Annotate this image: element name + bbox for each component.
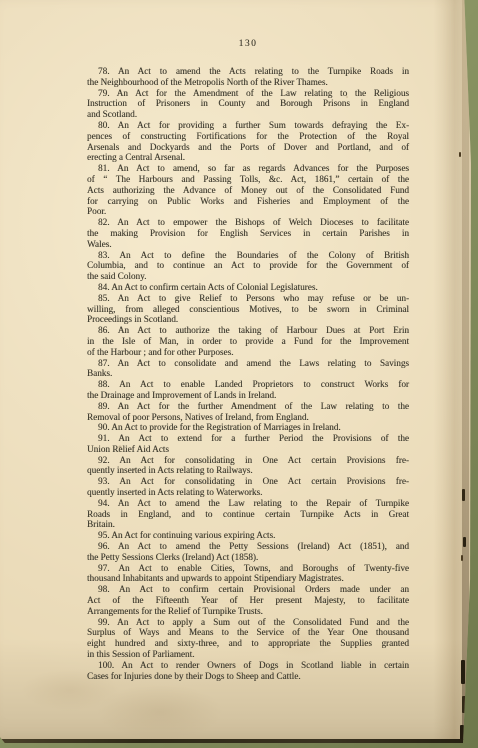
act-line: Columbia, and to continue an Act to prov… [87,260,409,271]
act-line: Proceedings in Scotland. [87,314,409,325]
act-line: in this Session of Parliament. [87,649,409,660]
act-line: of “ The Harbours and Passing Tolls, &c.… [87,174,409,185]
act-line: 94. An Act to amend the Law relating to … [87,498,409,509]
act-line: 96. An Act to amend the Petty Sessions (… [87,541,409,552]
act-entry: 89. An Act for the further Amendment of … [87,401,409,423]
act-entry: 78. An Act to amend the Acts relating to… [87,66,409,88]
act-line: 84. An Act to confirm certain Acts of Co… [87,282,409,293]
act-line: 80. An Act for providing a further Sum t… [87,120,409,131]
act-entry: 99. An Act to apply a Sum out of the Con… [87,617,409,660]
act-line: 92. An Act for consolidating in One Act … [87,455,409,466]
act-line: Acts authorizing the Advance of Money ou… [87,185,409,196]
act-line: Arsenals and Dockyards and the Ports of … [87,142,409,153]
act-entry: 91. An Act to extend for a further Perio… [87,433,409,455]
act-entry: 90. An Act to provide for the Registrati… [87,422,409,433]
act-line: quently inserted in Acts relating to Rai… [87,465,409,476]
act-entry: 80. An Act for providing a further Sum t… [87,120,409,163]
act-entry: 97. An Act to enable Cities, Towns, and … [87,563,409,585]
act-line: 99. An Act to apply a Sum out of the Con… [87,617,409,628]
act-line: the said Colony. [87,271,409,282]
page-edge-mark [462,696,466,713]
act-line: Banks. [87,368,409,379]
act-line: Arrangements for the Relief of Turnpike … [87,606,409,617]
act-line: the Neighbourhood of the Metropolis Nort… [87,77,409,88]
act-entry: 82. An Act to empower the Bishops of Wel… [87,217,409,249]
act-line: 98. An Act to confirm certain Provisiona… [87,584,409,595]
act-entry: 94. An Act to amend the Law relating to … [87,498,409,530]
act-line: of the Harbour ; and for other Purposes. [87,347,409,358]
act-line: eight hundred and sixty-three, and to ap… [87,638,409,649]
act-line: the Petty Sessions Clerks (Ireland) Act … [87,552,409,563]
act-line: the making Provision for English Service… [87,228,409,239]
act-line: 95. An Act for continuing various expiri… [87,530,409,541]
page-bottom-edge [0,739,471,743]
act-line: 100. An Act to render Owners of Dogs in … [87,660,409,671]
page-edge-curl [462,0,469,743]
acts-list: 78. An Act to amend the Acts relating to… [87,66,409,681]
act-line: willing, from alleged conscientious Moti… [87,304,409,315]
act-line: thousand Inhabitants and upwards to appo… [87,573,409,584]
act-entry: 93. An Act for consolidating in One Act … [87,476,409,498]
act-entry: 96. An Act to amend the Petty Sessions (… [87,541,409,563]
act-line: Roads in England, and to continue certai… [87,509,409,520]
act-entry: 100. An Act to render Owners of Dogs in … [87,660,409,682]
act-line: 81. An Act to amend, so far as regards A… [87,163,409,174]
act-entry: 83. An Act to define the Boundaries of t… [87,250,409,282]
act-line: Poor. [87,206,409,217]
act-line: 78. An Act to amend the Acts relating to… [87,66,409,77]
act-line: 87. An Act to consolidate and amend the … [87,358,409,369]
act-line: quently inserted in Acts relating to Wat… [87,487,409,498]
act-line: Britain. [87,519,409,530]
book-page: 130 78. An Act to amend the Acts relatin… [0,0,471,743]
act-line: for carrying on Public Works and Fisheri… [87,196,409,207]
act-line: 91. An Act to extend for a further Perio… [87,433,409,444]
act-line: Removal of poor Persons, Natives of Irel… [87,412,409,423]
act-line: erecting a Central Arsenal. [87,152,409,163]
act-entry: 92. An Act for consolidating in One Act … [87,455,409,477]
act-line: 83. An Act to define the Boundaries of t… [87,250,409,261]
act-line: Union Relief Aid Acts [87,444,409,455]
act-line: 79. An Act for the Amendment of the Law … [87,88,409,99]
act-line: Surplus of Ways and Means to the Service… [87,627,409,638]
act-line: Instruction of Prisoners in County and B… [87,98,409,109]
act-line: the Drainage and Improvement of Lands in… [87,390,409,401]
page-edge-mark [463,537,466,547]
act-entry: 84. An Act to confirm certain Acts of Co… [87,282,409,293]
act-line: 86. An Act to authorize the taking of Ha… [87,325,409,336]
act-line: Wales. [87,239,409,250]
act-entry: 95. An Act for continuing various expiri… [87,530,409,541]
page-edge-mark [460,725,464,740]
act-line: and Scotland. [87,109,409,120]
act-line: Cases for Injuries done by their Dogs to… [87,671,409,682]
act-entry: 98. An Act to confirm certain Provisiona… [87,584,409,616]
act-line: Act of the Fifteenth Year of Her present… [87,595,409,606]
act-entry: 79. An Act for the Amendment of the Law … [87,88,409,120]
page-edge-mark [461,660,465,684]
act-entry: 88. An Act to enable Landed Proprietors … [87,379,409,401]
act-line: 85. An Act to give Relief to Persons who… [87,293,409,304]
page-text-block: 130 78. An Act to amend the Acts relatin… [87,38,409,681]
act-line: pences of constructing Fortifications fo… [87,131,409,142]
act-entry: 87. An Act to consolidate and amend the … [87,358,409,380]
act-line: 89. An Act for the further Amendment of … [87,401,409,412]
act-line: 88. An Act to enable Landed Proprietors … [87,379,409,390]
act-entry: 81. An Act to amend, so far as regards A… [87,163,409,217]
page-edge-mark [459,152,461,157]
page-edge-mark [462,489,465,501]
act-line: 82. An Act to empower the Bishops of Wel… [87,217,409,228]
act-line: in the Isle of Man, in order to provide … [87,336,409,347]
act-line: 97. An Act to enable Cities, Towns, and … [87,563,409,574]
act-line: 93. An Act for consolidating in One Act … [87,476,409,487]
page-edge-mark [461,555,463,561]
page-number: 130 [87,38,409,50]
act-entry: 86. An Act to authorize the taking of Ha… [87,325,409,357]
act-entry: 85. An Act to give Relief to Persons who… [87,293,409,325]
act-line: 90. An Act to provide for the Registrati… [87,422,409,433]
